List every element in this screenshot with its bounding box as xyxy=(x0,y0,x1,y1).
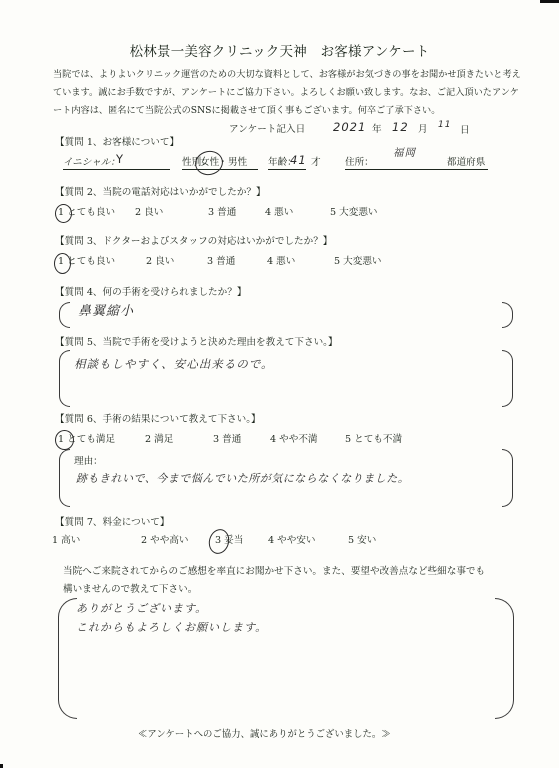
question-4-heading: 【質問 4、何の手術を受けられましたか？】 xyxy=(55,287,246,299)
q6-box-left-bracket xyxy=(59,449,70,507)
q6-option-4[interactable]: 4 やや不満 xyxy=(270,434,318,446)
intro-line-2: ています。誠にお手数ですが、アンケートにご協力下さい。よろしくお願い致します。な… xyxy=(53,87,519,99)
survey-date-year[interactable]: 2021 xyxy=(333,120,366,134)
q2-option-3[interactable]: 3 普通 xyxy=(208,207,236,219)
q2-selected-circle xyxy=(55,204,72,223)
month-unit: 月 xyxy=(418,124,428,136)
comments-box-right-bracket xyxy=(495,598,514,719)
scan-mark-bottom-left xyxy=(0,764,3,768)
address-label: 住所： xyxy=(345,157,374,169)
q6-reason-field[interactable]: 跡もきれいで、今まで悩んでいた所が気にならなくなりました。 xyxy=(76,472,409,486)
q6-option-5[interactable]: 5 とても不満 xyxy=(345,434,402,446)
q2-option-4[interactable]: 4 悪い xyxy=(265,207,293,219)
address-field[interactable]: 福岡 xyxy=(393,146,416,160)
q6-option-3[interactable]: 3 普通 xyxy=(213,434,241,446)
q5-box-left-bracket xyxy=(59,350,70,407)
q3-option-5[interactable]: 5 大変悪い xyxy=(334,256,382,268)
gender-option-male[interactable]: 男性 xyxy=(228,157,247,169)
q3-selected-circle xyxy=(54,253,71,274)
comments-answer-line-2[interactable]: これからもよろしくお願いします。 xyxy=(76,621,267,635)
initial-label: イニシャル： xyxy=(63,157,120,169)
age-field[interactable]: 41 xyxy=(290,153,307,167)
page-title: 松林景一美容クリニック天神 お客様アンケート xyxy=(0,44,559,60)
q3-option-4[interactable]: 4 悪い xyxy=(267,256,295,268)
q7-option-4[interactable]: 4 やや安い xyxy=(268,535,316,547)
survey-date-month[interactable]: 12 xyxy=(392,120,409,134)
comments-prompt-line-1: 当院へご来院されてからのご感想を率直にお聞かせ下さい。また、要望や改善点など些細… xyxy=(63,566,485,578)
intro-line-1: 当院では、よりよいクリニック運営のための大切な資料として、お客様がお気づきの事を… xyxy=(53,69,521,81)
day-unit: 日 xyxy=(460,125,470,137)
q3-option-3[interactable]: 3 普通 xyxy=(207,256,235,268)
q7-selected-circle xyxy=(206,527,232,556)
q7-option-5[interactable]: 5 安い xyxy=(348,535,376,547)
comments-box-left-bracket xyxy=(58,598,77,719)
q7-option-1[interactable]: 1 高い xyxy=(52,535,80,547)
scan-mark-top-right xyxy=(540,0,559,3)
q6-selected-circle xyxy=(55,430,74,450)
q2-option-5[interactable]: 5 大変悪い xyxy=(330,207,378,219)
q6-option-2[interactable]: 2 満足 xyxy=(145,434,173,446)
q6-box-right-bracket xyxy=(502,449,513,507)
q2-option-2[interactable]: 2 良い xyxy=(135,207,163,219)
question-7-heading: 【質問 7、料金について】 xyxy=(55,517,170,529)
question-6-heading: 【質問 6、手術の結果について教えて下さい。】 xyxy=(55,414,261,426)
gender-selected-circle xyxy=(193,148,225,177)
q5-box-right-bracket xyxy=(502,350,513,407)
intro-line-3: ート内容は、匿名にて当院公式のSNSに掲載させて頂く事もございます。何卒ご了承下… xyxy=(53,105,440,117)
initial-field[interactable]: Y xyxy=(116,152,124,166)
q4-answer-field[interactable]: 鼻翼縮小 xyxy=(78,305,134,319)
q6-reason-label: 理由： xyxy=(74,456,103,468)
comments-answer-line-1[interactable]: ありがとうございます。 xyxy=(76,602,207,616)
survey-date-day[interactable]: 11 xyxy=(438,118,451,132)
question-5-heading: 【質問 5、当院で手術を受けようと決めた理由を教えて下さい。】 xyxy=(55,337,338,349)
q4-box-right-bracket xyxy=(502,302,513,328)
footer-thanks: ≪アンケートへのご協力、誠にありがとうございました。≫ xyxy=(138,729,391,741)
address-unit: 都道府県 xyxy=(447,157,485,169)
age-unit: 才 xyxy=(311,157,321,169)
year-unit: 年 xyxy=(372,124,382,136)
q4-box-left-bracket xyxy=(59,302,70,328)
comments-prompt-line-2: 構いませんので教えて下さい。 xyxy=(63,584,197,596)
question-2-heading: 【質問 2、当院の電話対応はいかがでしたか？】 xyxy=(55,187,266,199)
question-3-heading: 【質問 3、ドクターおよびスタッフの対応はいかがでしたか？】 xyxy=(55,236,332,248)
survey-date-label: アンケート記入日 xyxy=(229,124,305,136)
q3-option-2[interactable]: 2 良い xyxy=(146,256,174,268)
q5-answer-field[interactable]: 相談もしやすく、安心出来るので。 xyxy=(74,357,274,371)
question-1-heading: 【質問 1、お客様について】 xyxy=(55,137,179,149)
q7-option-2[interactable]: 2 やや高い xyxy=(141,535,189,547)
